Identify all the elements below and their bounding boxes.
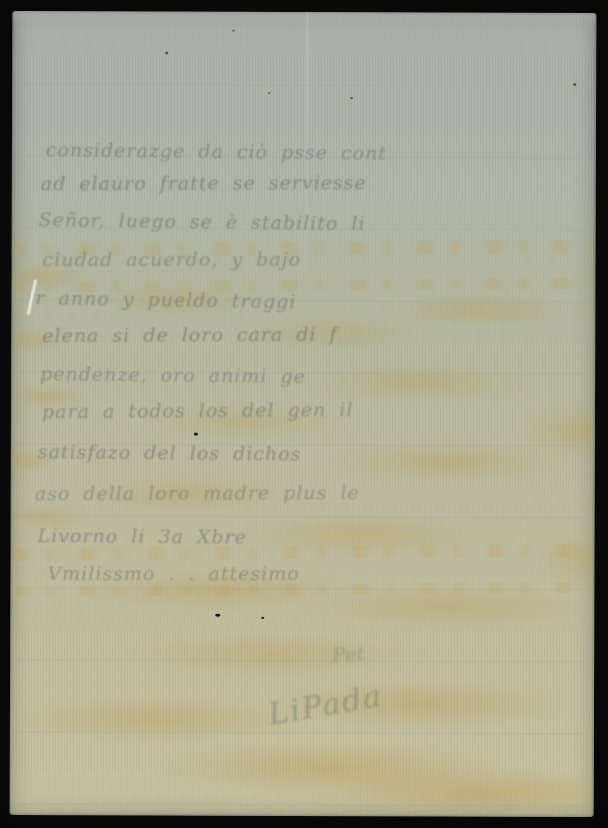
handwriting-line: pendenze, oro animi ge <box>40 363 306 388</box>
ink-speck <box>194 433 198 436</box>
rust-speck <box>232 30 234 32</box>
handwriting-line: elena si de loro cara di f <box>42 324 337 348</box>
handwriting-dateline: Livorno li 3a Xbre <box>37 525 246 548</box>
ink-speck <box>261 617 264 619</box>
handwriting-line: satisfazo del los dichos <box>38 441 302 465</box>
pencil-mark: Pet <box>331 641 365 667</box>
handwriting-line: ad elauro fratte se serviesse <box>41 172 367 195</box>
rust-speck <box>350 97 353 99</box>
ink-speck <box>215 614 220 617</box>
handwriting-line: r anno y pueldo traggi <box>35 287 296 313</box>
rust-speck <box>165 52 168 55</box>
handwriting-line: aso della loro madre plus le <box>35 482 360 505</box>
handwriting-line: para a todos los del gen il <box>42 399 354 423</box>
handwriting-line: ciudad acuerdo, y bajo <box>43 249 302 271</box>
rust-speck <box>268 92 270 94</box>
scanner-background: considerazge da ciò psse cont ad elauro … <box>0 0 608 828</box>
handwriting-closing-line: Vmilissmo . . attesimo <box>47 563 299 585</box>
handwriting-line: Señor, luego se è stabilito li <box>39 209 366 235</box>
handwriting-line: considerazge da ciò psse cont <box>46 139 387 165</box>
rust-speck <box>573 83 576 86</box>
manuscript-page: considerazge da ciò psse cont ad elauro … <box>10 11 597 817</box>
